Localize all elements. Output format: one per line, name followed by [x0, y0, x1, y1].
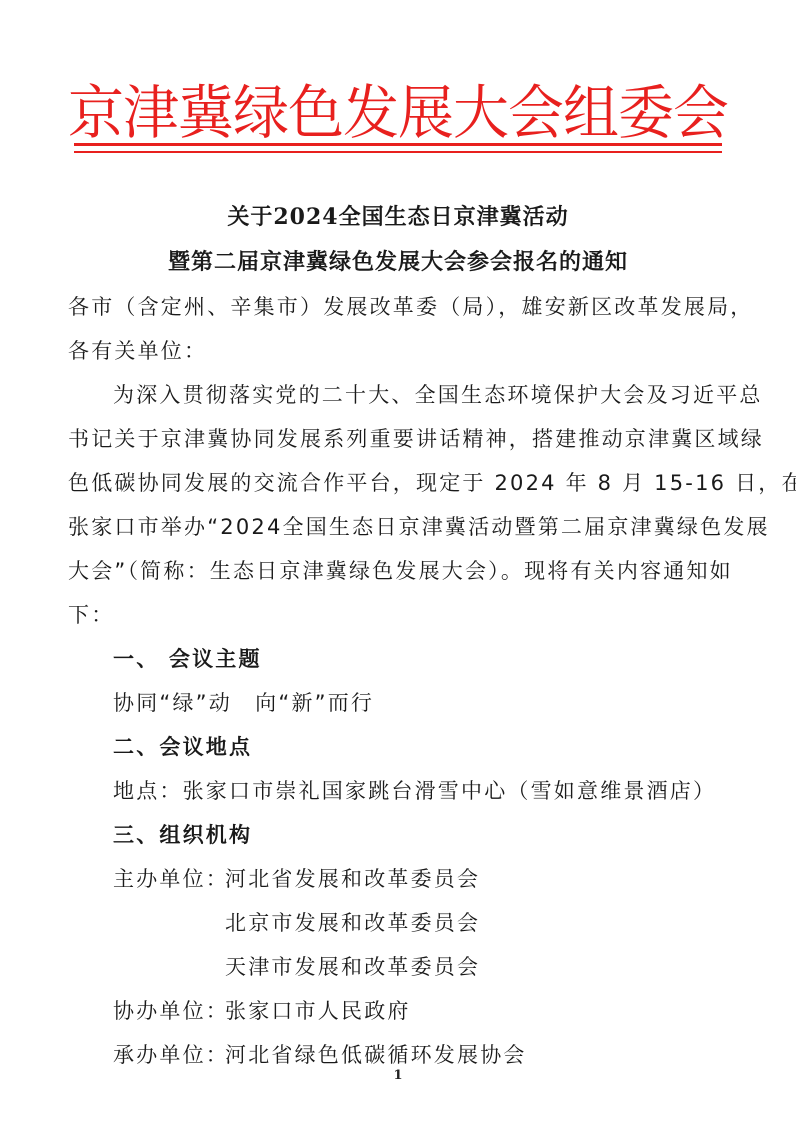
letterhead-org-name: 京津冀绿色发展大会组委会 [0, 80, 796, 147]
intro-line-2: 书记关于京津冀协同发展系列重要讲话精神，搭建推动京津冀区域绿 [68, 425, 764, 453]
letterhead-rule-thick [74, 143, 722, 146]
section-theme-heading: 一、 会议主题 [113, 645, 262, 673]
host-1: 河北省发展和改革委员会 [225, 865, 480, 893]
intro-line-1: 为深入贯彻落实党的二十大、全国生态环境保护大会及习近平总 [113, 381, 763, 409]
intro-line-4: 张家口市举办“2024全国生态日京津冀活动暨第二届京津冀绿色发展 [68, 513, 770, 541]
host-3: 天津市发展和改革委员会 [225, 953, 480, 981]
undertaker: 河北省绿色低碳循环发展协会 [225, 1041, 527, 1069]
addressee-line-1: 各市（含定州、辛集市）发展改革委（局），雄安新区改革发展局， [68, 293, 754, 321]
undertaker-label: 承办单位： [113, 1041, 229, 1069]
co-organizer-label: 协办单位： [113, 997, 229, 1025]
section-venue-content: 地点：张家口市崇礼国家跳台滑雪中心（雪如意维景酒店） [113, 777, 716, 805]
intro-line-6: 下： [68, 601, 114, 629]
intro-line-3: 色低碳协同发展的交流合作平台，现定于 2024 年 8 月 15-16 日，在 [68, 469, 796, 497]
document-title-line-1: 关于2024全国生态日京津冀活动 [0, 200, 796, 231]
co-organizer: 张家口市人民政府 [225, 997, 411, 1025]
intro-line-5: 大会”（简称：生态日京津冀绿色发展大会）。现将有关内容通知如 [68, 557, 733, 585]
document-title-line-2: 暨第二届京津冀绿色发展大会参会报名的通知 [0, 245, 796, 276]
section-venue-heading: 二、会议地点 [113, 733, 252, 761]
letterhead-rule-thin [74, 151, 722, 153]
host-2: 北京市发展和改革委员会 [225, 909, 480, 937]
document-page: 京津冀绿色发展大会组委会 关于2024全国生态日京津冀活动 暨第二届京津冀绿色发… [0, 0, 796, 1129]
host-label: 主办单位： [113, 865, 229, 893]
section-theme-content: 协同“绿”动 向“新”而行 [113, 689, 374, 717]
page-number: 1 [0, 1068, 796, 1083]
section-organization-heading: 三、组织机构 [113, 821, 252, 849]
addressee-line-2: 各有关单位： [68, 337, 207, 365]
